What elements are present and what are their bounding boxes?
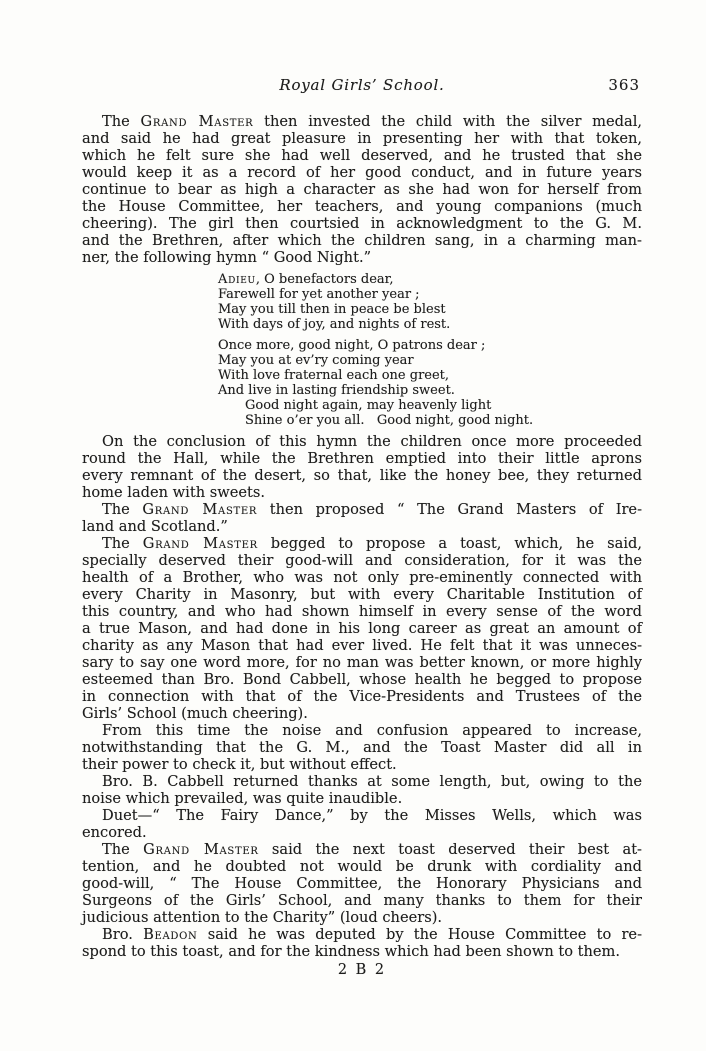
text-line: the House Committee, her teachers, and y…	[82, 198, 642, 215]
text-line: their power to check it, but without eff…	[82, 756, 642, 773]
text-line: encored.	[82, 824, 642, 841]
small-caps-name: Beadon	[143, 926, 197, 943]
paragraph: The Grand Master then invested the child…	[82, 113, 642, 266]
text-line: The Grand Master then invested the child…	[82, 113, 642, 130]
small-caps-name: Grand Master	[141, 113, 254, 130]
paragraph: From this time the noise and confusion a…	[82, 722, 642, 773]
text-line: round the Hall, while the Brethren empti…	[82, 450, 642, 467]
small-caps-name: Adieu	[218, 272, 256, 287]
text-segment: in connection with that of the Vice-Pres…	[82, 688, 642, 705]
small-caps-name: Grand Master	[143, 535, 258, 552]
paragraph: Bro. B. Cabbell returned thanks at some …	[82, 773, 642, 807]
text-segment: would keep it as a record of her good co…	[82, 164, 642, 181]
text-line: sary to say one word more, for no man wa…	[82, 654, 642, 671]
text-segment: And live in lasting friendship sweet.	[218, 383, 455, 398]
page-header: Royal Girls’ School. 363	[82, 76, 642, 94]
text-line: judicious attention to the Charity” (lou…	[82, 909, 642, 926]
paragraph: On the conclusion of this hymn the child…	[82, 433, 642, 501]
text-segment: every Charity in Masonry, but with every…	[82, 586, 642, 603]
text-segment: ner, the following hymn “ Good Night.”	[82, 249, 371, 266]
paragraph: The Grand Master then proposed “ The Gra…	[82, 501, 642, 535]
text-segment: and said he had great pleasure in presen…	[82, 130, 642, 147]
text-line: Shine o’er you all. Good night, good nig…	[245, 413, 642, 428]
text-line: this country, and who had shown himself …	[82, 603, 642, 620]
text-line: Girls’ School (much cheering).	[82, 705, 642, 722]
text-segment: spond to this toast, and for the kindnes…	[82, 943, 620, 960]
text-segment: begged to propose a toast, which, he sai…	[258, 535, 642, 552]
page-footer: 2 B 2	[82, 961, 642, 979]
text-segment: which he felt sure she had well deserved…	[82, 147, 642, 164]
document-body: The Grand Master then invested the child…	[82, 113, 642, 960]
text-line: Good night again, may heavenly light	[245, 398, 642, 413]
text-segment: home laden with sweets.	[82, 484, 265, 501]
text-segment: Duet—“ The Fairy Dance,” by the Misses W…	[102, 807, 642, 824]
paragraph: The Grand Master said the next toast des…	[82, 841, 642, 926]
text-line: would keep it as a record of her good co…	[82, 164, 642, 181]
text-segment: charity as any Mason that had ever lived…	[82, 637, 642, 654]
text-segment: cheering). The girl then courtsied in ac…	[82, 215, 642, 232]
text-line: Farewell for yet another year ;	[218, 287, 642, 302]
text-line: notwithstanding that the G. M., and the …	[82, 739, 642, 756]
text-line: ner, the following hymn “ Good Night.”	[82, 249, 642, 266]
text-line: The Grand Master said the next toast des…	[82, 841, 642, 858]
text-line: The Grand Master begged to propose a toa…	[82, 535, 642, 552]
text-segment: continue to bear as high a character as …	[82, 181, 642, 198]
text-line: Surgeons of the Girls’ School, and many …	[82, 892, 642, 909]
text-segment: and the Brethren, after which the childr…	[82, 232, 642, 249]
text-segment: the House Committee, her teachers, and y…	[82, 198, 642, 215]
text-segment: notwithstanding that the G. M., and the …	[82, 739, 642, 756]
text-segment: Good night again, may heavenly light	[245, 398, 491, 413]
text-segment: Shine o’er you all. Good night, good nig…	[245, 413, 533, 428]
text-segment: round the Hall, while the Brethren empti…	[82, 450, 642, 467]
text-segment: land and Scotland.”	[82, 518, 228, 535]
text-segment: Bro.	[102, 926, 143, 943]
text-line: noise which prevailed, was quite inaudib…	[82, 790, 642, 807]
text-segment: encored.	[82, 824, 147, 841]
text-line: With days of joy, and nights of rest.	[218, 317, 642, 332]
text-line: and said he had great pleasure in presen…	[82, 130, 642, 147]
text-segment: The	[102, 113, 141, 130]
hymn-verse: Once more, good night, O patrons dear ;M…	[218, 338, 642, 428]
text-segment: With days of joy, and nights of rest.	[218, 317, 450, 332]
text-segment: then proposed “ The Grand Masters of Ire…	[257, 501, 642, 518]
text-line: a true Mason, and had done in his long c…	[82, 620, 642, 637]
text-line: cheering). The girl then courtsied in ac…	[82, 215, 642, 232]
text-segment: May you till then in peace be blest	[218, 302, 446, 317]
text-line: May you till then in peace be blest	[218, 302, 642, 317]
text-segment: The	[102, 535, 143, 552]
text-segment: The	[102, 501, 142, 518]
text-segment: May you at ev’ry coming year	[218, 353, 414, 368]
text-segment: their power to check it, but without eff…	[82, 756, 397, 773]
text-segment: Girls’ School (much cheering).	[82, 705, 308, 722]
text-segment: Once more, good night, O patrons dear ;	[218, 338, 485, 353]
text-line: land and Scotland.”	[82, 518, 642, 535]
hymn-verse: Adieu, O benefactors dear,Farewell for y…	[218, 272, 642, 332]
text-segment: The	[102, 841, 143, 858]
text-line: On the conclusion of this hymn the child…	[82, 433, 642, 450]
text-line: Bro. Beadon said he was deputed by the H…	[82, 926, 642, 943]
running-title: Royal Girls’ School.	[279, 76, 444, 94]
text-line: in connection with that of the Vice-Pres…	[82, 688, 642, 705]
paragraph: Duet—“ The Fairy Dance,” by the Misses W…	[82, 807, 642, 841]
text-segment: judicious attention to the Charity” (lou…	[82, 909, 442, 926]
text-segment: esteemed than Bro. Bond Cabbell, whose h…	[82, 671, 642, 688]
text-segment: Farewell for yet another year ;	[218, 287, 420, 302]
text-segment: On the conclusion of this hymn the child…	[102, 433, 642, 450]
text-line: which he felt sure she had well deserved…	[82, 147, 642, 164]
text-line: Once more, good night, O patrons dear ;	[218, 338, 642, 353]
paragraph: Bro. Beadon said he was deputed by the H…	[82, 926, 642, 960]
text-line: continue to bear as high a character as …	[82, 181, 642, 198]
text-line: Duet—“ The Fairy Dance,” by the Misses W…	[82, 807, 642, 824]
text-line: every remnant of the desert, so that, li…	[82, 467, 642, 484]
text-segment: noise which prevailed, was quite inaudib…	[82, 790, 402, 807]
text-segment: With love fraternal each one greet,	[218, 368, 449, 383]
text-line: and the Brethren, after which the childr…	[82, 232, 642, 249]
text-line: Adieu, O benefactors dear,	[218, 272, 642, 287]
text-line: health of a Brother, who was not only pr…	[82, 569, 642, 586]
text-segment: sary to say one word more, for no man wa…	[82, 654, 642, 671]
text-line: charity as any Mason that had ever lived…	[82, 637, 642, 654]
text-line: spond to this toast, and for the kindnes…	[82, 943, 642, 960]
paragraph: The Grand Master begged to propose a toa…	[82, 535, 642, 722]
text-line: May you at ev’ry coming year	[218, 353, 642, 368]
page-number: 363	[608, 76, 640, 94]
text-segment: specially deserved their good-will and c…	[82, 552, 642, 569]
text-line: And live in lasting friendship sweet.	[218, 383, 642, 398]
text-line: With love fraternal each one greet,	[218, 368, 642, 383]
text-line: esteemed than Bro. Bond Cabbell, whose h…	[82, 671, 642, 688]
text-segment: every remnant of the desert, so that, li…	[82, 467, 642, 484]
book-page: Royal Girls’ School. 363 The Grand Maste…	[0, 0, 706, 1051]
text-segment: From this time the noise and confusion a…	[102, 722, 642, 739]
text-segment: good-will, “ The House Committee, the Ho…	[82, 875, 642, 892]
text-segment: Bro. B. Cabbell returned thanks at some …	[102, 773, 642, 790]
text-segment: this country, and who had shown himself …	[82, 603, 642, 620]
text-segment: tention, and he doubted not would be dru…	[82, 858, 642, 875]
text-line: The Grand Master then proposed “ The Gra…	[82, 501, 642, 518]
small-caps-name: Grand Master	[142, 501, 257, 518]
text-line: every Charity in Masonry, but with every…	[82, 586, 642, 603]
text-line: specially deserved their good-will and c…	[82, 552, 642, 569]
text-line: From this time the noise and confusion a…	[82, 722, 642, 739]
text-segment: said the next toast deserved their best …	[259, 841, 642, 858]
text-line: home laden with sweets.	[82, 484, 642, 501]
text-segment: a true Mason, and had done in his long c…	[82, 620, 642, 637]
signature-mark: 2 B 2	[338, 962, 386, 978]
text-line: Bro. B. Cabbell returned thanks at some …	[82, 773, 642, 790]
text-segment: Surgeons of the Girls’ School, and many …	[82, 892, 642, 909]
text-segment: said he was deputed by the House Committ…	[198, 926, 643, 943]
text-line: good-will, “ The House Committee, the Ho…	[82, 875, 642, 892]
text-line: tention, and he doubted not would be dru…	[82, 858, 642, 875]
text-segment: health of a Brother, who was not only pr…	[82, 569, 642, 586]
text-segment: , O benefactors dear,	[256, 272, 394, 287]
small-caps-name: Grand Master	[143, 841, 258, 858]
text-segment: then invested the child with the silver …	[253, 113, 642, 130]
